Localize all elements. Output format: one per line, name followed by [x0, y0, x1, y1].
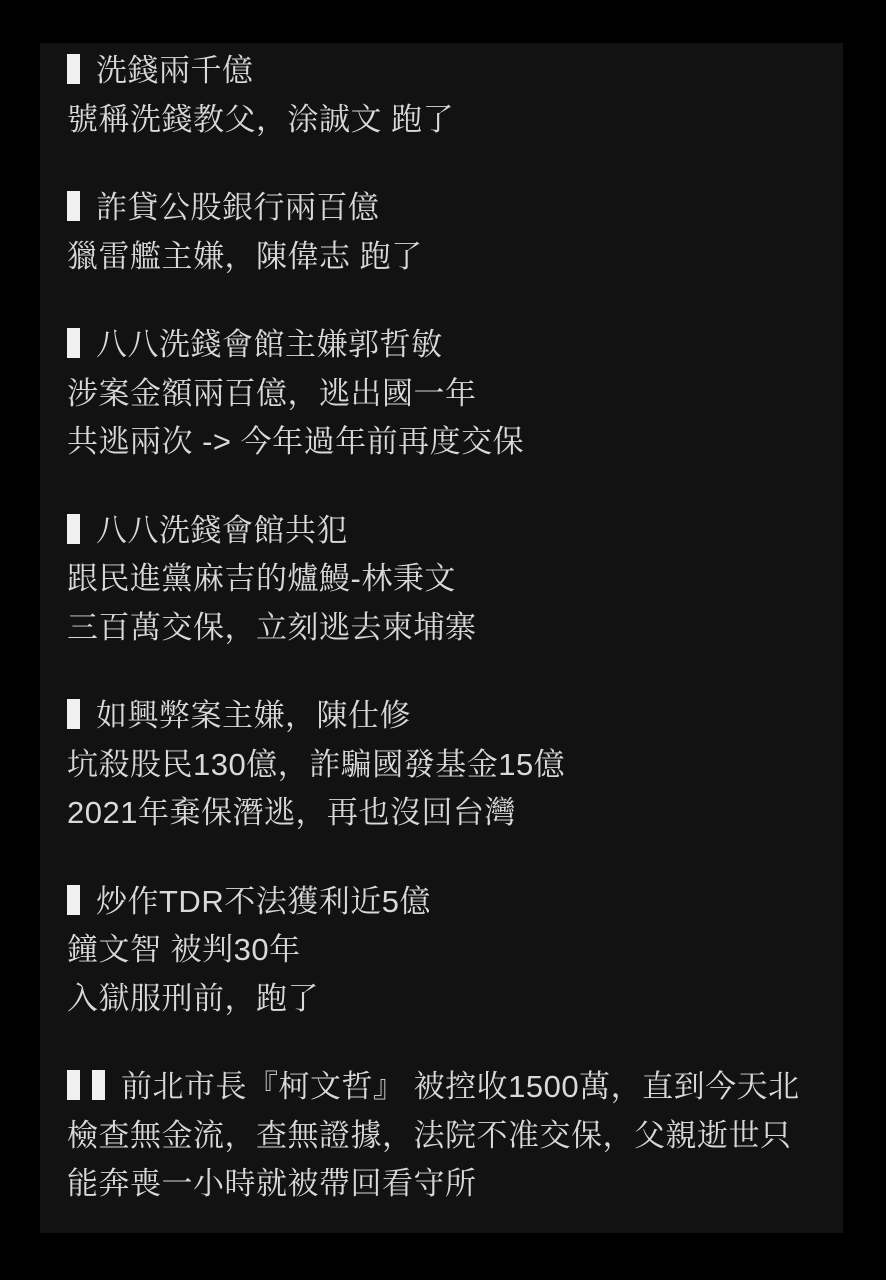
section-heading: 八八洗錢會館共犯: [67, 507, 813, 556]
section-heading-text: 前北市長『柯文哲』 被控收1500萬，直到今天北檢查無金流，查無證據，法院不准交…: [67, 1069, 800, 1201]
section-heading: 炒作TDR不法獲利近5億: [67, 878, 813, 927]
heading-bar-icon: [67, 699, 80, 729]
section-heading-text: 炒作TDR不法獲利近5億: [96, 884, 431, 919]
heading-bar-icon: [67, 1070, 80, 1100]
heading-bar-icon: [67, 885, 80, 915]
heading-bar-icon: [67, 191, 80, 221]
section-line: 三百萬交保，立刻逃去柬埔寨: [67, 604, 813, 653]
section-heading-text: 詐貸公股銀行兩百億: [96, 190, 380, 225]
section-heading-text: 八八洗錢會館共犯: [96, 513, 348, 548]
section-line: 跟民進黨麻吉的爐鰻-林秉文: [67, 555, 813, 604]
heading-bar-icon: [92, 1070, 105, 1100]
post-card: 洗錢兩千億號稱洗錢教父，涂誠文 跑了詐貸公股銀行兩百億獵雷艦主嫌，陳偉志 跑了八…: [40, 43, 843, 1233]
section-line: 入獄服刑前，跑了: [67, 975, 813, 1024]
post-section: 炒作TDR不法獲利近5億鐘文智 被判30年入獄服刑前，跑了: [67, 878, 813, 1024]
post-section: 前北市長『柯文哲』 被控收1500萬，直到今天北檢查無金流，查無證據，法院不准交…: [67, 1063, 813, 1209]
section-line: 號稱洗錢教父，涂誠文 跑了: [67, 96, 813, 145]
section-heading: 如興弊案主嫌，陳仕修: [67, 692, 813, 741]
section-line: 涉案金額兩百億，逃出國一年: [67, 370, 813, 419]
section-heading: 詐貸公股銀行兩百億: [67, 184, 813, 233]
section-heading: 洗錢兩千億: [67, 47, 813, 96]
screenshot-root: { "page": { "colors": { "background": "#…: [0, 0, 886, 1280]
post-section: 詐貸公股銀行兩百億獵雷艦主嫌，陳偉志 跑了: [67, 184, 813, 281]
section-heading-text: 如興弊案主嫌，陳仕修: [96, 698, 411, 733]
post-section: 洗錢兩千億號稱洗錢教父，涂誠文 跑了: [67, 47, 813, 144]
section-line: 鐘文智 被判30年: [67, 926, 813, 975]
heading-bar-icon: [67, 514, 80, 544]
section-heading-text: 八八洗錢會館主嫌郭哲敏: [96, 327, 443, 362]
post-body: 洗錢兩千億號稱洗錢教父，涂誠文 跑了詐貸公股銀行兩百億獵雷艦主嫌，陳偉志 跑了八…: [67, 47, 813, 1209]
section-heading-text: 洗錢兩千億: [96, 53, 254, 88]
section-line: 共逃兩次 -> 今年過年前再度交保: [67, 418, 813, 467]
heading-bar-icon: [67, 54, 80, 84]
post-section: 八八洗錢會館主嫌郭哲敏涉案金額兩百億，逃出國一年共逃兩次 -> 今年過年前再度交…: [67, 321, 813, 467]
heading-bar-icon: [67, 328, 80, 358]
section-line: 獵雷艦主嫌，陳偉志 跑了: [67, 233, 813, 282]
section-heading: 前北市長『柯文哲』 被控收1500萬，直到今天北檢查無金流，查無證據，法院不准交…: [67, 1063, 813, 1209]
section-line: 坑殺股民130億，詐騙國發基金15億: [67, 741, 813, 790]
section-line: 2021年棄保潛逃，再也沒回台灣: [67, 789, 813, 838]
section-heading: 八八洗錢會館主嫌郭哲敏: [67, 321, 813, 370]
post-section: 如興弊案主嫌，陳仕修坑殺股民130億，詐騙國發基金15億2021年棄保潛逃，再也…: [67, 692, 813, 838]
post-section: 八八洗錢會館共犯跟民進黨麻吉的爐鰻-林秉文三百萬交保，立刻逃去柬埔寨: [67, 507, 813, 653]
